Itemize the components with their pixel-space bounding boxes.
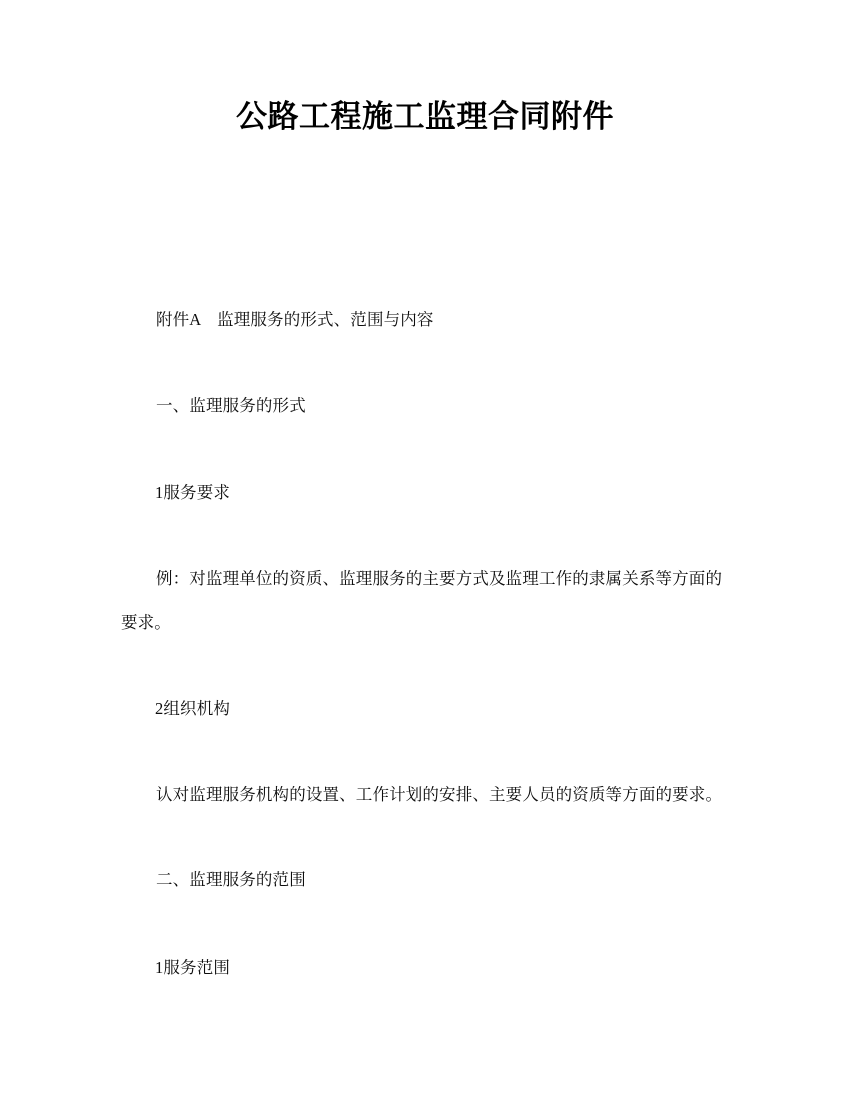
- paragraph-service-requirements-heading: 1服务要求: [155, 482, 230, 503]
- document-title: 公路工程施工监理合同附件: [0, 98, 850, 136]
- paragraph-example-line-2: 要求。: [121, 612, 171, 633]
- paragraph-section-2-heading: 二、监理服务的范围: [156, 869, 306, 890]
- paragraph-example-line-1: 例：对监理单位的资质、监理服务的主要方式及监理工作的隶属关系等方面的: [156, 568, 722, 589]
- paragraph-organization-body: 认对监理服务机构的设置、工作计划的安排、主要人员的资质等方面的要求。: [156, 784, 722, 805]
- document-page: 公路工程施工监理合同附件 附件A 监理服务的形式、范围与内容 一、监理服务的形式…: [0, 0, 850, 1100]
- paragraph-section-1-heading: 一、监理服务的形式: [156, 395, 306, 416]
- paragraph-organization-heading: 2组织机构: [155, 698, 230, 719]
- paragraph-service-scope-heading: 1服务范围: [155, 957, 230, 978]
- paragraph-attachment-a-heading: 附件A 监理服务的形式、范围与内容: [156, 309, 434, 330]
